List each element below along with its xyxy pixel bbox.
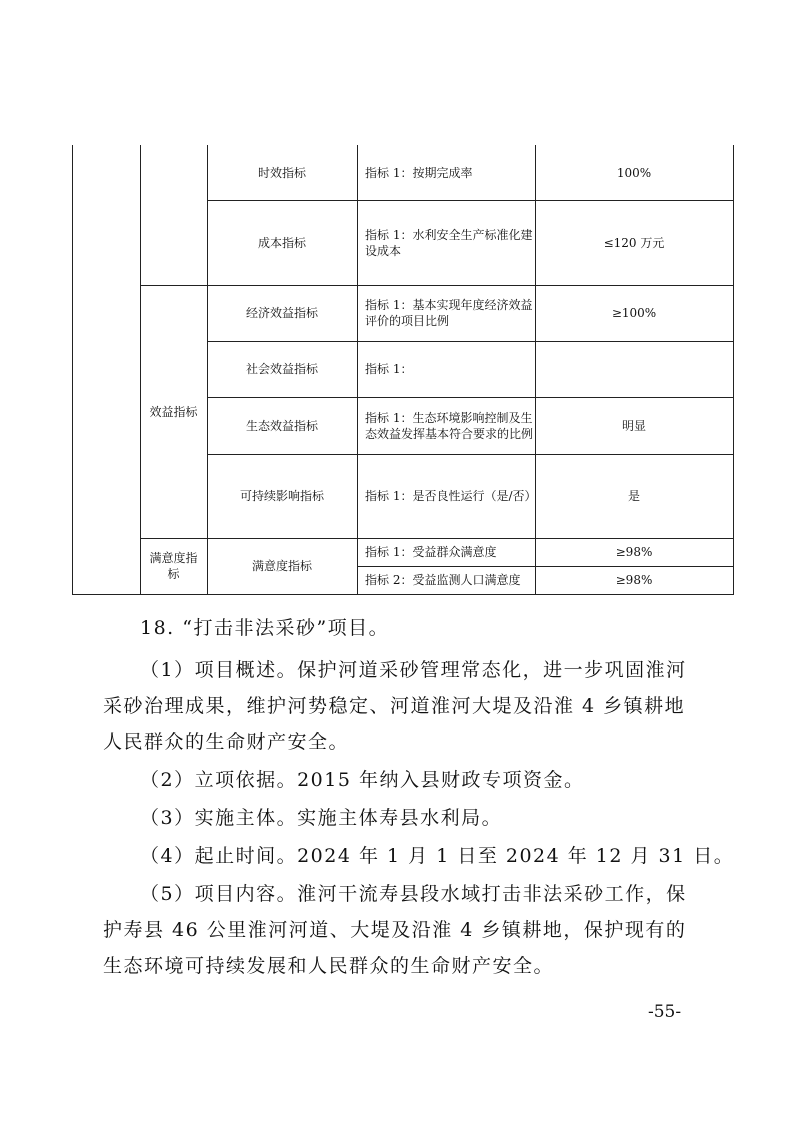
indicator-text: 指标 1：生态环境影响控制及生态效益发挥基本符合要求的比例	[365, 410, 535, 442]
value-cell: 100%	[535, 145, 733, 200]
value-cell: 是	[535, 454, 733, 538]
paragraph-basis: （2）立项依据。2015 年纳入县财政专项资金。	[140, 762, 740, 798]
value-text: ≥98%	[616, 544, 653, 560]
value-cell: 明显	[535, 397, 733, 454]
subcategory-cell: 生态效益指标	[207, 397, 357, 454]
subcategory-cell: 可持续影响指标	[207, 454, 357, 538]
indicator-cell: 指标 2：受益监测人口满意度	[357, 566, 535, 594]
table-border-bottom	[72, 594, 734, 595]
indicator-cell: 指标 1：按期完成率	[357, 145, 535, 200]
page-number: -55-	[648, 1002, 681, 1022]
indicator-cell: 指标 1：生态环境影响控制及生态效益发挥基本符合要求的比例	[357, 397, 535, 454]
value-cell	[535, 341, 733, 397]
paragraph-implementer: （3）实施主体。实施主体寿县水利局。	[140, 800, 740, 836]
value-text: ≥98%	[616, 572, 653, 588]
indicator-cell: 指标 1：受益群众满意度	[357, 538, 535, 566]
category-text: 效益指标	[149, 404, 197, 420]
subcategory-text: 生态效益指标	[246, 418, 318, 434]
value-text: 是	[628, 488, 640, 504]
value-text: ≥100%	[612, 305, 656, 321]
indicator-cell: 指标 1：是否良性运行（是/否）	[357, 454, 535, 538]
performance-indicator-table: 时效指标 指标 1：按期完成率 100% 成本指标 指标 1：水利安全生产标准化…	[72, 145, 734, 595]
section-heading: 18. “打击非法采砂”项目。	[140, 610, 740, 646]
subcategory-cell: 成本指标	[207, 200, 357, 285]
indicator-cell: 指标 1：基本实现年度经济效益评价的项目比例	[357, 285, 535, 341]
value-cell: ≥98%	[535, 538, 733, 566]
value-cell: ≥100%	[535, 285, 733, 341]
value-cell: ≤120 万元	[535, 200, 733, 285]
subcategory-cell: 经济效益指标	[207, 285, 357, 341]
table-border-left	[72, 145, 73, 595]
subcategory-text: 时效指标	[258, 165, 306, 181]
subcategory-text: 经济效益指标	[246, 305, 318, 321]
value-text: 100%	[617, 165, 651, 181]
category-cell-benefit: 效益指标	[140, 285, 207, 538]
value-text: ≤120 万元	[604, 235, 665, 251]
subcategory-text: 成本指标	[258, 235, 306, 251]
indicator-text: 指标 1：是否良性运行（是/否）	[365, 488, 535, 504]
table-border-right	[733, 145, 734, 595]
category-text: 满意度指标	[146, 550, 201, 582]
subcategory-text: 社会效益指标	[246, 361, 318, 377]
subcategory-cell-satisfaction: 满意度指标	[207, 538, 357, 594]
subcategory-cell: 时效指标	[207, 145, 357, 200]
indicator-cell: 指标 1：水利安全生产标准化建设成本	[357, 200, 535, 285]
indicator-text: 指标 1：按期完成率	[365, 165, 472, 181]
subcategory-text: 可持续影响指标	[240, 488, 324, 504]
paragraph-overview: （1）项目概述。保护河道采砂管理常态化，进一步巩固淮河采砂治理成果，维护河势稳定…	[103, 652, 703, 760]
paragraph-period: （4）起止时间。2024 年 1 月 1 日至 2024 年 12 月 31 日…	[140, 838, 740, 874]
indicator-text: 指标 2：受益监测人口满意度	[365, 572, 520, 588]
paragraph-content: （5）项目内容。淮河干流寿县段水域打击非法采砂工作，保护寿县 46 公里淮河河道…	[103, 876, 703, 984]
subcategory-cell: 社会效益指标	[207, 341, 357, 397]
subcategory-text: 满意度指标	[252, 558, 312, 574]
category-cell-satisfaction: 满意度指标	[140, 538, 207, 594]
value-cell: ≥98%	[535, 566, 733, 594]
indicator-cell: 指标 1：	[357, 341, 535, 397]
indicator-text: 指标 1：	[365, 361, 412, 377]
indicator-text: 指标 1：水利安全生产标准化建设成本	[365, 227, 535, 259]
indicator-text: 指标 1：基本实现年度经济效益评价的项目比例	[365, 297, 535, 329]
value-text: 明显	[622, 418, 646, 434]
indicator-text: 指标 1：受益群众满意度	[365, 544, 496, 560]
